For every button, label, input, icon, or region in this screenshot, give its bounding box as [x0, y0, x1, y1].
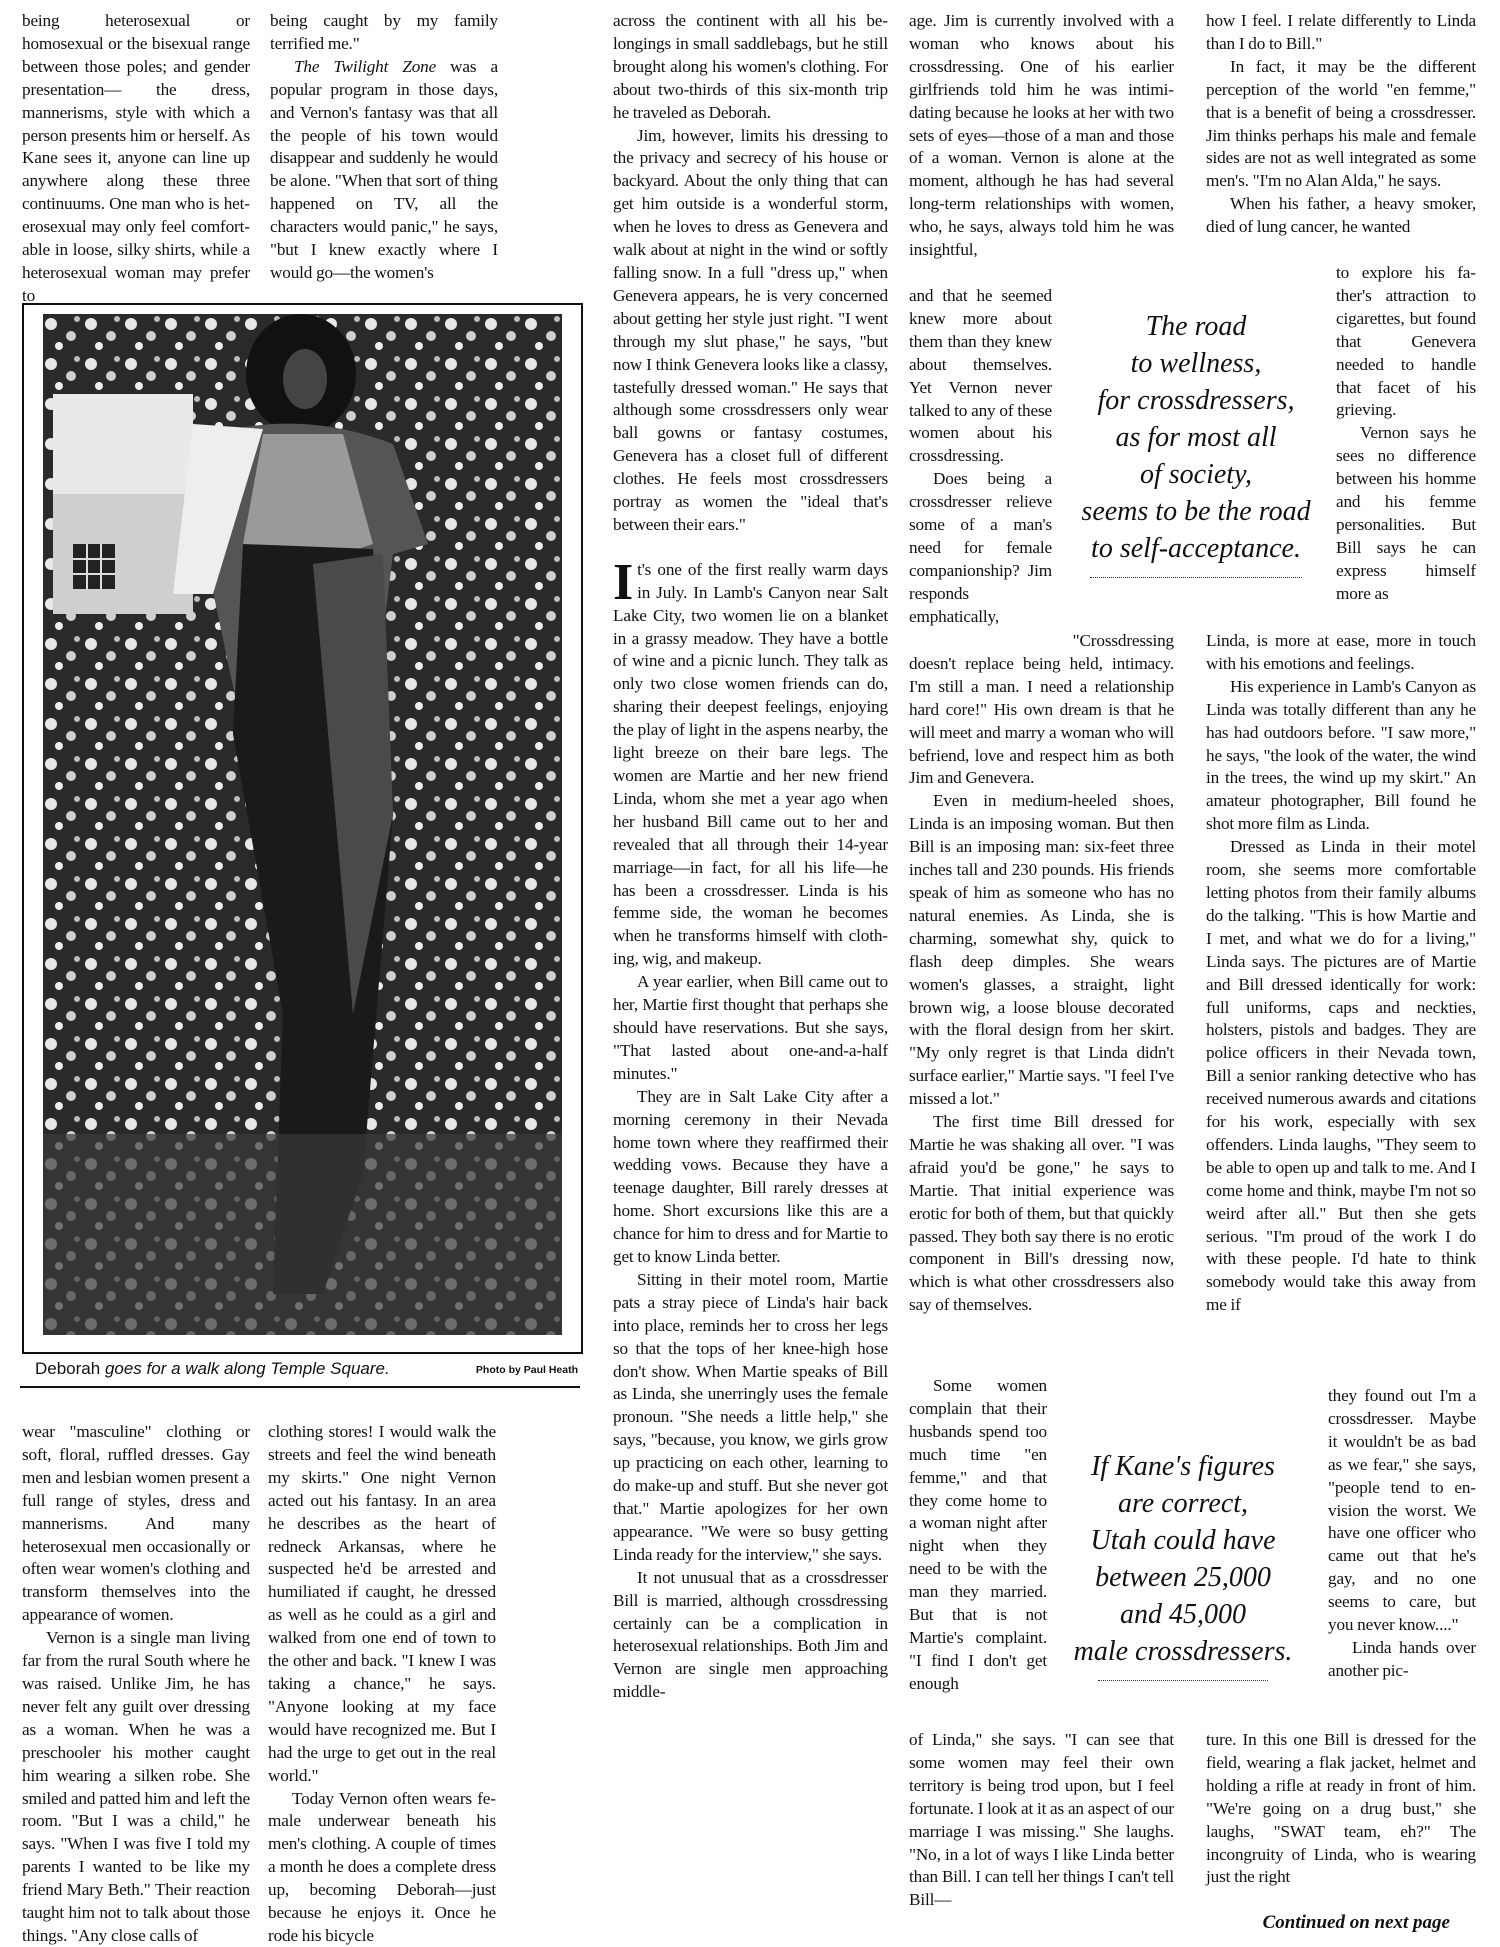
pull-quote-line: The road: [1068, 308, 1324, 345]
pull-quote-line: Utah could have: [1058, 1522, 1308, 1559]
paragraph: ture. In this one Bill is dressed for th…: [1206, 1729, 1476, 1889]
column-1-top-text: being heterosexual or homosexual or the …: [22, 10, 250, 308]
pull-quote-line: and 45,000: [1058, 1596, 1308, 1633]
continued-on-next-page[interactable]: Continued on next page: [1263, 1912, 1450, 1934]
paragraph: Linda, is more at ease, more in touch wi…: [1206, 630, 1476, 676]
pull-quote-line: to self-acceptance.: [1068, 530, 1324, 567]
paragraph: Some women complain that their husbands …: [909, 1375, 1047, 1696]
column-5-top-text: how I feel. I relate differently to Lind…: [1206, 10, 1476, 239]
paragraph: age. Jim is currently involved with a wo…: [909, 10, 1174, 262]
paragraph: across the continent with all his be­lon…: [613, 10, 888, 125]
pull-quote-line: to wellness,: [1068, 345, 1324, 382]
dotted-rule: [1090, 577, 1302, 578]
pull-quote-line: between 25,000: [1058, 1559, 1308, 1596]
drop-cap: I: [613, 563, 633, 603]
column-4-narrow-text-2: Some women complain that their husbands …: [909, 1375, 1047, 1696]
paragraph: being heterosexual or homosexual or the …: [22, 10, 250, 308]
paragraph: they found out I'm a crossdresser. Maybe…: [1328, 1385, 1476, 1637]
paragraph: Dressed as Linda in their motel room, sh…: [1206, 836, 1476, 1317]
column-1-bottom-text: wear "masculine" clothing or soft, flora…: [22, 1421, 250, 1947]
paragraph: Does being a crossdresser re­lieve some …: [909, 468, 1052, 628]
paragraph: A year earlier, when Bill came out to he…: [613, 971, 888, 1086]
column-2-bottom-text: clothing stores! I would walk the street…: [268, 1421, 496, 1947]
paragraph: It not unusual that as a cross­dresser B…: [613, 1567, 888, 1704]
paragraph: The Twilight Zone was a popu­lar program…: [270, 56, 498, 285]
column-4-mid-text: "Crossdressing doesn't replace being hel…: [909, 630, 1174, 1317]
pull-quote-line: as for most all: [1068, 419, 1324, 456]
column-5-bottom-text: ture. In this one Bill is dressed for th…: [1206, 1729, 1476, 1889]
paragraph: Today Vernon often wears fe­male underwe…: [268, 1788, 496, 1947]
paragraph: Jim, however, limits his dress­ing to th…: [613, 125, 888, 537]
pull-quote-line: for crossdressers,: [1068, 382, 1324, 419]
pull-quote-1: The road to wellness, for crossdressers,…: [1068, 308, 1324, 578]
column-4-top-text: age. Jim is currently involved with a wo…: [909, 10, 1174, 262]
paragraph: of Linda," she says. "I can see that som…: [909, 1729, 1174, 1912]
column-5-narrow-text-2: they found out I'm a crossdresser. Maybe…: [1328, 1385, 1476, 1683]
paragraph: and that he seemed knew more about them …: [909, 285, 1052, 468]
dotted-rule: [1098, 1680, 1268, 1681]
pull-quote-line: seems to be the road: [1068, 493, 1324, 530]
paragraph: clothing stores! I would walk the street…: [268, 1421, 496, 1788]
column-2-top-text: being caught by my family terrified me."…: [270, 10, 498, 285]
photo-deborah-walking: [43, 314, 562, 1335]
photo-frame: [22, 303, 583, 1354]
paragraph: They are in Salt Lake City after a morni…: [613, 1086, 888, 1269]
pull-quote-line: of society,: [1068, 456, 1324, 493]
paragraph: Vernon is a single man living far from t…: [22, 1627, 250, 1947]
paragraph: to explore his fa­ther's attraction to c…: [1336, 262, 1476, 422]
section-opening-paragraph: It's one of the first really warm days i…: [613, 559, 888, 971]
show-title: The Twilight Zone: [294, 57, 436, 76]
column-4-narrow-text: and that he seemed knew more about them …: [909, 285, 1052, 629]
paragraph: being caught by my family terrified me.": [270, 10, 498, 56]
pull-quote-2: If Kane's figures are correct, Utah coul…: [1058, 1448, 1308, 1681]
paragraph: Even in medium-heeled shoes, Linda is an…: [909, 790, 1174, 1111]
paragraph: Sitting in their motel room, Mar­tie pat…: [613, 1269, 888, 1567]
photo-caption: Deborah goes for a walk along Temple Squ…: [20, 1356, 580, 1388]
photo-image: [43, 314, 562, 1335]
paragraph: The first time Bill dressed for Martie h…: [909, 1111, 1174, 1317]
paragraph: His experience in Lamb's Canyon as Linda…: [1206, 676, 1476, 836]
paragraph: doesn't replace being held, intima­cy. I…: [909, 653, 1174, 790]
paragraph: Linda hands over another pic-: [1328, 1637, 1476, 1683]
pull-quote-line: male crossdressers.: [1058, 1633, 1308, 1670]
column-3-text: across the continent with all his be­lon…: [613, 10, 888, 1704]
column-4-bottom-text: of Linda," she says. "I can see that som…: [909, 1729, 1174, 1912]
column-5-mid-text: Linda, is more at ease, more in touch wi…: [1206, 630, 1476, 1317]
pull-quote-line: are correct,: [1058, 1485, 1308, 1522]
pull-quote-line: If Kane's figures: [1058, 1448, 1308, 1485]
quote-lead: "Crossdressing: [909, 630, 1174, 653]
photo-credit: Photo by Paul Heath: [476, 1364, 578, 1376]
column-5-narrow-text: to explore his fa­ther's attraction to c…: [1336, 262, 1476, 606]
paragraph: how I feel. I relate differently to Lind…: [1206, 10, 1476, 56]
caption-text: Deborah goes for a walk along Temple Squ…: [35, 1359, 390, 1379]
paragraph: In fact, it may be the different percept…: [1206, 56, 1476, 193]
paragraph: wear "masculine" clothing or soft, flora…: [22, 1421, 250, 1627]
paragraph: Vernon says he sees no difference betwee…: [1336, 422, 1476, 605]
paragraph: When his father, a heavy smok­er, died o…: [1206, 193, 1476, 239]
